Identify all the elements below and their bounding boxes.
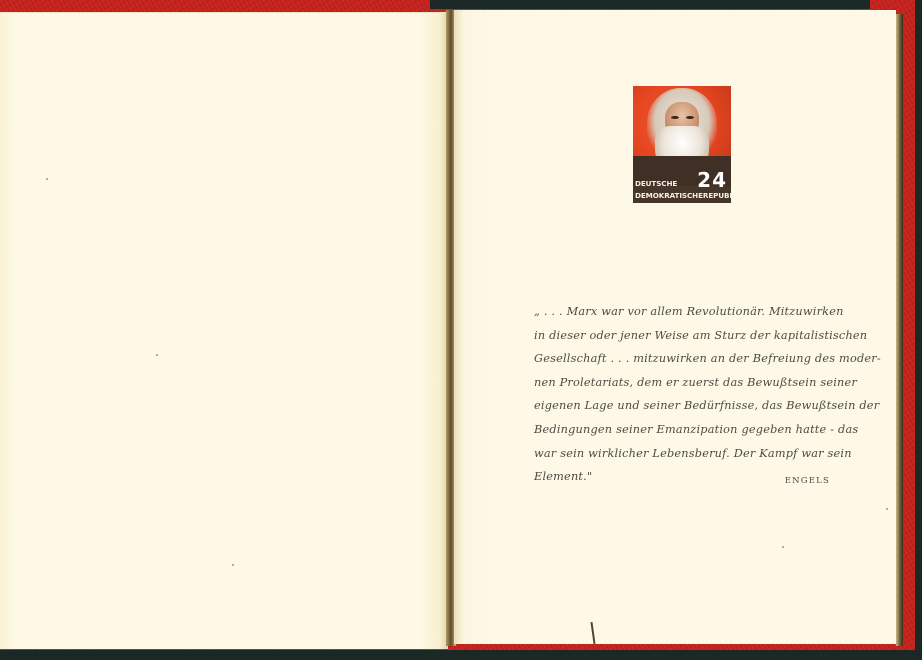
scanner-background-bottom: [0, 650, 922, 660]
quote-line: „ . . . Marx war vor allem Revolutionär.…: [534, 300, 830, 324]
quote-line: war sein wirklicher Lebensberuf. Der Kam…: [534, 442, 830, 466]
stamp-denomination: 24: [697, 168, 727, 192]
portrait-eye: [671, 116, 679, 119]
paper-speck: [232, 564, 234, 566]
quote-line: in dieser oder jener Weise am Sturz der …: [534, 324, 830, 348]
engels-quote: „ . . . Marx war vor allem Revolutionär.…: [534, 300, 830, 489]
stamp-country-line-2: DEMOKRATISCHEREPUBLIK: [635, 191, 731, 200]
quote-line: eigenen Lage und seiner Bedürfnisse, das…: [534, 394, 830, 418]
scanner-background-top: [430, 0, 870, 9]
stamp-country-line-1: DEUTSCHE: [635, 179, 677, 188]
quote-line: Bedingungen seiner Emanzipation gegeben …: [534, 418, 830, 442]
postage-stamp: 24 DEUTSCHE DEMOKRATISCHEREPUBLIK: [633, 86, 731, 203]
quote-line: nen Proletariats, dem er zuerst das Bewu…: [534, 371, 830, 395]
paper-speck: [886, 508, 888, 510]
paper-speck: [156, 354, 158, 356]
paper-speck: [46, 178, 48, 180]
paper-speck: [782, 546, 784, 548]
left-page: [0, 12, 448, 649]
quote-attribution: ENGELS: [760, 476, 830, 486]
portrait-eye: [686, 116, 694, 119]
page-block-edge: [896, 14, 903, 646]
quote-line: Gesellschaft . . . mitzuwirken an der Be…: [534, 347, 830, 371]
scanner-background-right: [915, 0, 922, 660]
